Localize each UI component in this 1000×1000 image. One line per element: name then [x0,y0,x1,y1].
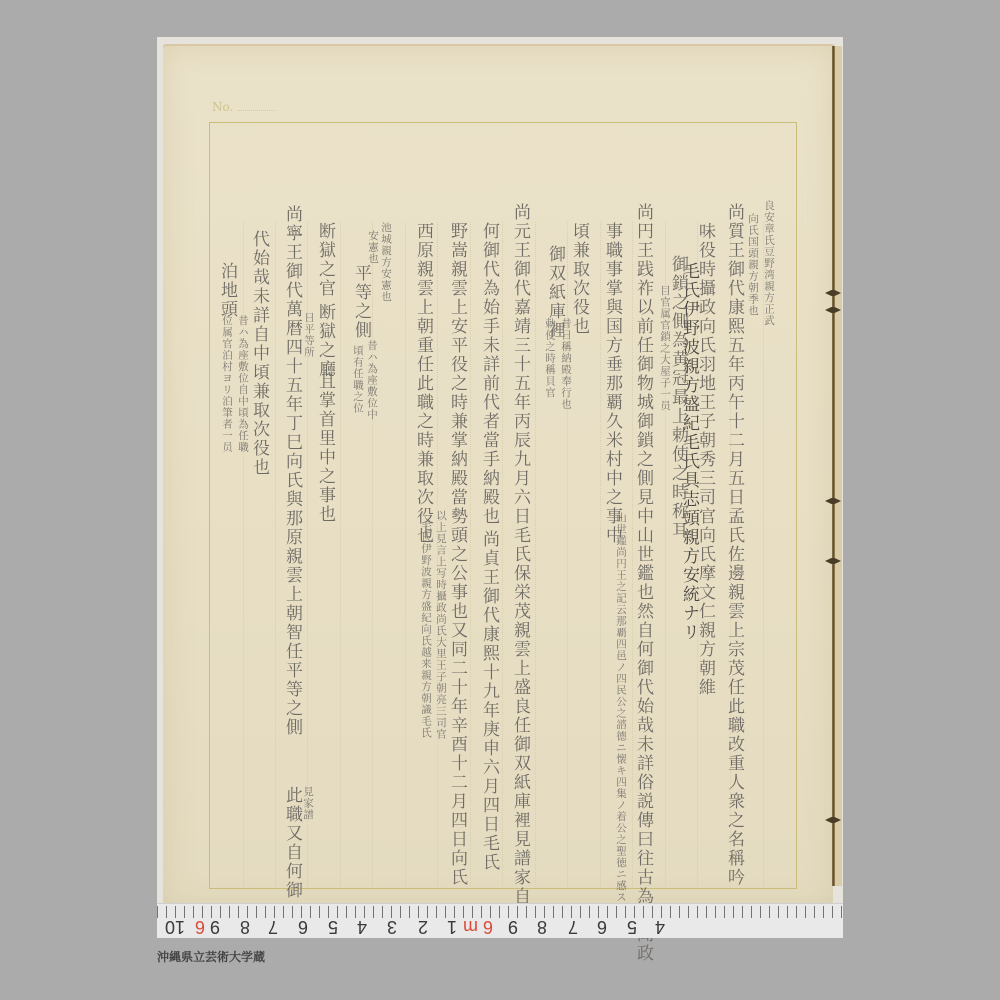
text-column: 良安章氏豆野湾親方正武 [762,200,777,327]
text-column: 昔ハ為座敷位自中頃為任職 [236,315,251,453]
text-column: 向氏国頭親方朝季也 [746,213,761,317]
text-column: 目官属官鎖之大屋子一员 [658,285,673,412]
ruler-number: 4 [655,916,665,937]
ruler-number: 6 [195,916,205,937]
ruler-number: 7 [568,916,578,937]
column-rule [470,222,471,887]
text-column: 尚貞王御代康熙十九年庚申六月四日毛氏 [477,530,502,872]
text-column: 頃有任職之位 [351,345,366,414]
ruler-number: 6 [483,916,493,937]
column-rule [340,222,341,887]
text-column: 平等之側 [349,264,374,340]
ruler-number: 8 [537,916,547,937]
ruler-number: m [463,916,478,937]
ruler-number: 9 [210,916,220,937]
ruler-number: 7 [268,916,278,937]
binding-edge [835,46,842,886]
text-column: 尚質王御代康熙五年丙午十二月五日孟氏佐邊親雲上宗茂任此職改重人衆之名稱吟 [722,203,747,887]
ruler-number: 5 [328,916,338,937]
text-column: 昔ハ為座敷位中 [365,340,380,421]
text-column: 此職又自何御 [280,786,305,900]
text-column: 尚寧王御代萬暦四十五年丁巳向氏與那原親雲上朝智任平等之側 [280,205,305,737]
ruler-number: 2 [418,916,428,937]
ruler-number: 5 [627,916,637,937]
collection-caption: 沖縄県立芸術大学蔵 [157,948,265,965]
ruler-number: 9 [508,916,518,937]
binding-spine [832,46,835,886]
text-column: 以上見言上写時攝政尚氏大里王子朝亮三司官 [434,510,449,740]
measuring-ruler: 106987654321m6987654 [157,903,843,938]
ruler-number: 6 [597,916,607,937]
page-number-blank [238,110,276,111]
ruler-number: 8 [240,916,250,937]
column-rule [502,222,503,887]
ruler-number: 10 [165,916,185,937]
text-column: 昔日稱納殿奉行也 [559,318,574,410]
text-column: 泊地頭 [215,262,240,319]
text-column: 安憲也 [366,230,381,265]
text-column: 池城親方安憲也 [379,222,394,303]
ruler-number: 4 [357,916,367,937]
ruler-ticks [157,906,843,918]
text-column: 断獄之官 [313,222,338,298]
text-column: 事職事掌與国方垂那覇久米村中之事中 [600,222,625,545]
page-number-label: No. [212,100,233,114]
text-column: 毛氏伊野波親方盛紀向氏越来親方朝識毛氏 [419,520,434,739]
text-column: 何御代為始手未詳前代者當手納殿也 [477,222,502,526]
text-column: 尚円王践祚以前任御物城御鎖之側見中山世鑑也然自何御代始哉未詳俗説傳曰往古為典聞政 [631,203,656,963]
ruler-number: 3 [387,916,397,937]
column-rule [535,222,536,887]
text-column: 尚元王御代嘉靖三十五年丙辰九月六日毛氏保栄茂親雲上盛良任御双紙庫裡見譜家自 [508,203,533,906]
ruler-number: 6 [298,916,308,937]
column-rule [275,222,276,887]
text-column: 且掌首里中之事也 [313,372,338,524]
text-column: 勅使之時稱貝官 [543,318,558,399]
text-column: 山世鑑尚円王之記云那覇四邑ノ四民公之諮德ニ懐キ四集ノ着公之聖徳ニ感ス自中 [614,512,629,926]
text-column: 西原親雲上朝重任此職之時兼取次役也 [411,222,436,545]
column-rule [405,222,406,887]
ruler-number: 1 [447,916,457,937]
text-column: 位属官泊村ヨリ泊筆者一员 [220,315,235,453]
